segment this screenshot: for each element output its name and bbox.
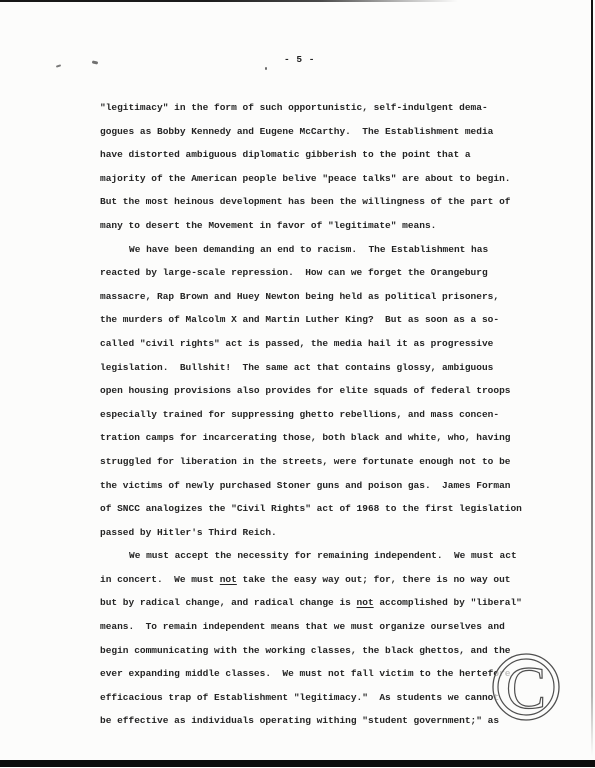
line-segment: massacre, Rap Brown and Huey Newton bein… [100,291,499,302]
underlined-word: not [220,574,237,585]
document-line: begin communicating with the working cla… [100,639,548,663]
line-segment: tration camps for incarcerating those, b… [100,432,510,443]
line-segment: the victims of newly purchased Stoner gu… [100,480,510,491]
line-segment: But the most heinous development has bee… [100,196,510,207]
document-line: But the most heinous development has bee… [100,190,548,214]
document-line: especially trained for suppressing ghett… [100,403,548,427]
line-segment: have distorted ambiguous diplomatic gibb… [100,149,471,160]
scanned-document-page: - 5 - "legitimacy" in the form of such o… [0,0,595,768]
page-number: - 5 - [284,54,315,65]
document-line: majority of the American people belive "… [100,167,548,191]
document-line: legislation. Bullshit! The same act that… [100,356,548,380]
copyright-stamp-watermark: C [486,647,566,727]
line-segment: especially trained for suppressing ghett… [100,409,499,420]
document-line: means. To remain independent means that … [100,615,548,639]
line-segment: but by radical change, and radical chang… [100,597,357,608]
document-line: open housing provisions also provides fo… [100,379,548,403]
scan-artifact-bottom-bar [0,760,595,767]
document-line: reacted by large-scale repression. How c… [100,261,548,285]
line-segment: legislation. Bullshit! The same act that… [100,362,493,373]
document-line: many to desert the Movement in favor of … [100,214,548,238]
document-line: in concert. We must not take the easy wa… [100,568,548,592]
ink-speck [92,60,98,64]
document-line: passed by Hitler's Third Reich. [100,521,548,545]
line-segment: called "civil rights" act is passed, the… [100,338,493,349]
document-line: have distorted ambiguous diplomatic gibb… [100,143,548,167]
line-segment: gogues as Bobby Kennedy and Eugene McCar… [100,126,493,137]
document-line: We have been demanding an end to racism.… [100,238,548,262]
line-segment: majority of the American people belive "… [100,173,510,184]
line-segment: of SNCC analogizes the "Civil Rights" ac… [100,503,522,514]
line-segment: take the easy way out; for, there is no … [237,574,511,585]
line-segment: "legitimacy" in the form of such opportu… [100,102,488,113]
line-segment: many to desert the Movement in favor of … [100,220,436,231]
line-segment: We have been demanding an end to racism.… [129,244,488,255]
line-segment: means. To remain independent means that … [100,621,505,632]
watermark-letter: C [506,655,546,721]
line-segment: begin communicating with the working cla… [100,645,510,656]
line-segment: be effective as individuals operating wi… [100,715,499,726]
document-line: We must accept the necessity for remaini… [100,544,548,568]
document-line: the victims of newly purchased Stoner gu… [100,474,548,498]
document-line: gogues as Bobby Kennedy and Eugene McCar… [100,120,548,144]
document-text: "legitimacy" in the form of such opportu… [100,96,548,733]
document-line: efficacious trap of Establishment "legit… [100,686,548,710]
line-segment: We must accept the necessity for remaini… [129,550,517,561]
line-segment: accomplished by "liberal" [374,597,522,608]
underlined-word: not [357,597,374,608]
scan-artifact-top-edge [0,0,458,2]
line-segment: efficacious trap of Establishment "legit… [100,692,499,703]
document-line: "legitimacy" in the form of such opportu… [100,96,548,120]
line-segment: the murders of Malcolm X and Martin Luth… [100,314,499,325]
scan-artifact-right-edge [591,0,593,756]
document-line: ever expanding middle classes. We must n… [100,662,548,686]
document-line: of SNCC analogizes the "Civil Rights" ac… [100,497,548,521]
document-line: struggled for liberation in the streets,… [100,450,548,474]
document-line: tration camps for incarcerating those, b… [100,426,548,450]
line-segment: open housing provisions also provides fo… [100,385,510,396]
document-line: be effective as individuals operating wi… [100,709,548,733]
document-line: the murders of Malcolm X and Martin Luth… [100,308,548,332]
document-line: but by radical change, and radical chang… [100,591,548,615]
document-lines: "legitimacy" in the form of such opportu… [100,96,548,733]
document-line: massacre, Rap Brown and Huey Newton bein… [100,285,548,309]
line-segment: struggled for liberation in the streets,… [100,456,510,467]
ink-speck [265,67,267,70]
document-line: called "civil rights" act is passed, the… [100,332,548,356]
line-segment: reacted by large-scale repression. How c… [100,267,488,278]
line-segment: ever expanding middle classes. We must n… [100,668,510,679]
line-segment: passed by Hitler's Third Reich. [100,527,277,538]
ink-speck [56,64,61,67]
line-segment: in concert. We must [100,574,220,585]
